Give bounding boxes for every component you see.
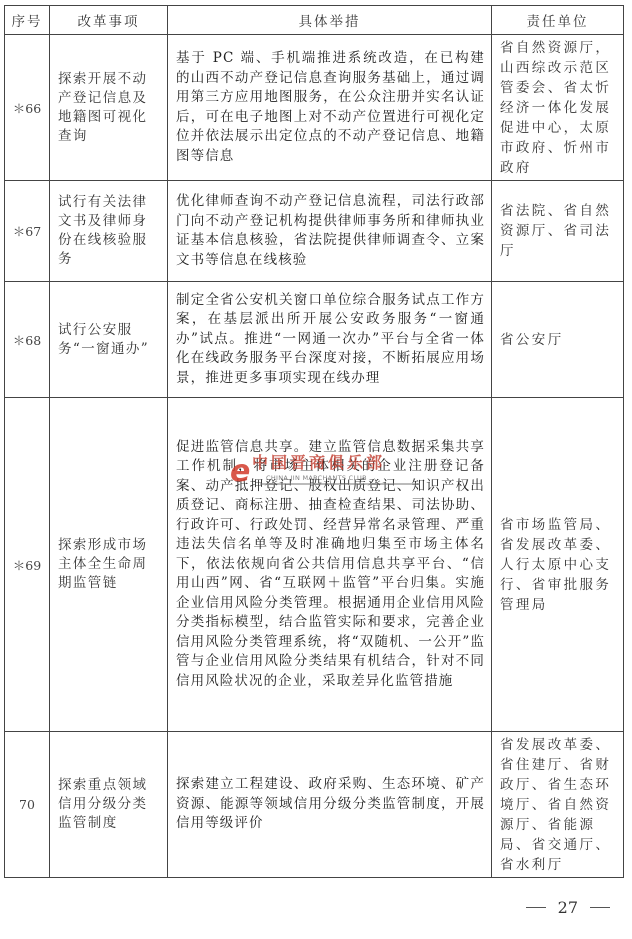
reform-item: 试行有关法律文书及律师身份在线核验服务	[50, 181, 168, 282]
dash-right	[590, 907, 610, 908]
serial-number: 70	[5, 732, 50, 878]
serial-number: ＊69	[5, 398, 50, 732]
serial-number: ＊68	[5, 282, 50, 398]
header-reform-item: 改革事项	[50, 6, 168, 35]
header-specific-measures: 具体举措	[168, 6, 492, 35]
reform-item: 探索形成市场主体全生命周期监管链	[50, 398, 168, 732]
page-number: 27	[558, 898, 578, 917]
responsible-unit: 省市场监管局、省发展改革委、人行太原中心支行、省审批服务管理局	[492, 398, 624, 732]
table-row: ＊69 探索形成市场主体全生命周期监管链 促进监管信息共享。建立监管信息数据采集…	[5, 398, 624, 732]
responsible-unit: 省发展改革委、省住建厅、省财政厅、省生态环境厅、省自然资源厅、省能源局、省交通厅…	[492, 732, 624, 878]
page-footer: 27	[526, 898, 610, 917]
specific-measures: 优化律师查询不动产登记信息流程，司法行政部门向不动产登记机构提供律师事务所和律师…	[168, 181, 492, 282]
header-serial-number: 序号	[5, 6, 50, 35]
specific-measures: 制定全省公安机关窗口单位综合服务试点工作方案，在基层派出所开展公安政务服务“一窗…	[168, 282, 492, 398]
table-row: 70 探索重点领域信用分级分类监管制度 探索建立工程建设、政府采购、生态环境、矿…	[5, 732, 624, 878]
document-page: 序号 改革事项 具体举措 责任单位 ＊66 探索开展不动产登记信息及地籍图可视化…	[0, 0, 632, 939]
table-row: ＊68 试行公安服务“一窗通办” 制定全省公安机关窗口单位综合服务试点工作方案，…	[5, 282, 624, 398]
table-row: ＊66 探索开展不动产登记信息及地籍图可视化查询 基于 PC 端、手机端推进系统…	[5, 35, 624, 181]
responsible-unit: 省自然资源厅，山西综改示范区管委会、省太忻经济一体化发展促进中心，太原市政府、忻…	[492, 35, 624, 181]
reform-item: 探索重点领域信用分级分类监管制度	[50, 732, 168, 878]
responsible-unit: 省法院、省自然资源厅、省司法厅	[492, 181, 624, 282]
serial-number: ＊66	[5, 35, 50, 181]
reform-item: 探索开展不动产登记信息及地籍图可视化查询	[50, 35, 168, 181]
table-header-row: 序号 改革事项 具体举措 责任单位	[5, 6, 624, 35]
serial-number: ＊67	[5, 181, 50, 282]
dash-left	[526, 907, 546, 908]
table-row: ＊67 试行有关法律文书及律师身份在线核验服务 优化律师查询不动产登记信息流程，…	[5, 181, 624, 282]
specific-measures: 探索建立工程建设、政府采购、生态环境、矿产资源、能源等领域信用分级分类监管制度，…	[168, 732, 492, 878]
header-responsible-unit: 责任单位	[492, 6, 624, 35]
specific-measures: 促进监管信息共享。建立监管信息数据采集共享工作机制，将市场主体相关的企业注册登记…	[168, 398, 492, 732]
specific-measures: 基于 PC 端、手机端推进系统改造，在已构建的山西不动产登记信息查询服务基础上，…	[168, 35, 492, 181]
reform-measures-table: 序号 改革事项 具体举措 责任单位 ＊66 探索开展不动产登记信息及地籍图可视化…	[4, 5, 624, 878]
reform-item: 试行公安服务“一窗通办”	[50, 282, 168, 398]
responsible-unit: 省公安厅	[492, 282, 624, 398]
